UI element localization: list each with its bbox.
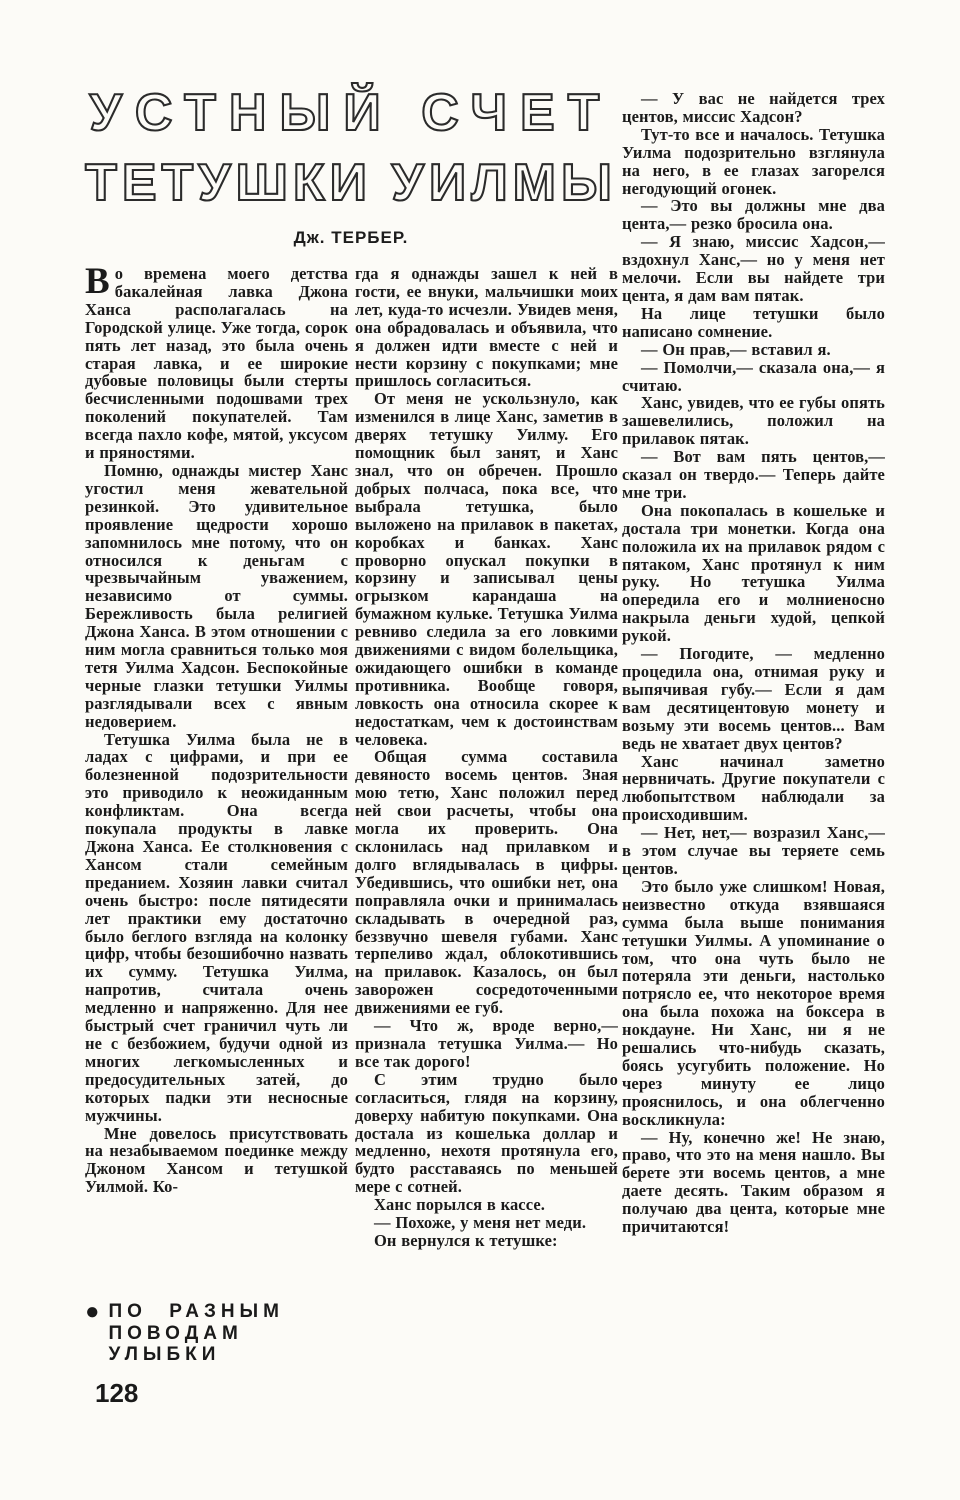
paragraph: — Он прав,— вставил я.	[622, 341, 885, 359]
rubric-line: ПО РАЗНЫМ	[109, 1301, 285, 1323]
rubric-line: УЛЫБКИ	[109, 1344, 285, 1366]
paragraph: Ханс, увидев, что ее губы опять зашевели…	[622, 394, 885, 448]
paragraph: Помню, однажды мистер Ханс угостил меня …	[85, 462, 348, 731]
paragraph: На лице тетушки было написано сомнение.	[622, 305, 885, 341]
paragraph: — Нет, нет,— возразил Ханс,— в этом случ…	[622, 824, 885, 878]
text-column-1: Во времена моего детства бакалейная лавк…	[85, 265, 348, 1196]
bullet-icon: ●	[85, 1301, 100, 1323]
paragraph: Мне довелось присутствовать на незабывае…	[85, 1125, 348, 1197]
paragraph: — У вас не найдется трех центов, миссис …	[622, 90, 885, 126]
paragraph: — Ну, конечно же! Не знаю, право, что эт…	[622, 1129, 885, 1236]
paragraph: Тетушка Уилма была не в ладах с цифрами,…	[85, 731, 348, 1125]
paragraph: Тут-то все и началось. Тетушка Уилма под…	[622, 126, 885, 198]
magazine-page: УСТНЫЙ СЧЕТ ТЕТУШКИ УИЛМЫ Дж. ТЕРБЕР. Во…	[0, 0, 960, 1500]
paragraph: — Вот вам пять центов,— сказал он твердо…	[622, 448, 885, 502]
paragraph: — Это вы должны мне два цента,— резко бр…	[622, 197, 885, 233]
paragraph: Она покопалась в кошельке и достала три …	[622, 502, 885, 645]
paragraph: гда я однажды зашел к ней в гости, ее вн…	[355, 265, 618, 390]
paragraph: — Что ж, вроде верно,— признала тетушка …	[355, 1017, 618, 1071]
paragraph: Это было уже слишком! Новая, неизвестно …	[622, 878, 885, 1129]
paragraph: С этим трудно было согласиться, глядя на…	[355, 1071, 618, 1196]
article-title-line-2: ТЕТУШКИ УИЛМЫ	[85, 148, 617, 218]
paragraph: — Похоже, у меня нет меди.	[355, 1214, 618, 1232]
paragraph: — Помолчи,— сказала она,— я считаю.	[622, 359, 885, 395]
paragraph: Во времена моего детства бакалейная лавк…	[85, 265, 348, 462]
article-title-line-1: УСТНЫЙ СЧЕТ	[85, 78, 617, 148]
rubric-announcement: ● ПО РАЗНЫМ ПОВОДАМ УЛЫБКИ	[85, 1301, 284, 1366]
paragraph: — Я знаю, миссис Хадсон,— вздохнул Ханс,…	[622, 233, 885, 305]
paragraph: Ханс порылся в кассе.	[355, 1196, 618, 1214]
rubric-lines: ПО РАЗНЫМ ПОВОДАМ УЛЫБКИ	[109, 1301, 285, 1366]
article-author: Дж. ТЕРБЕР.	[85, 228, 617, 248]
rubric-line: ПОВОДАМ	[109, 1323, 285, 1345]
drop-cap: В	[85, 265, 115, 299]
text-column-2: гда я однажды зашел к ней в гости, ее вн…	[355, 265, 618, 1250]
article-title: УСТНЫЙ СЧЕТ ТЕТУШКИ УИЛМЫ	[85, 78, 617, 218]
paragraph: Он вернулся к тетушке:	[355, 1232, 618, 1250]
paragraph: Общая сумма составила девяносто восемь ц…	[355, 748, 618, 1017]
article-header: УСТНЫЙ СЧЕТ ТЕТУШКИ УИЛМЫ Дж. ТЕРБЕР.	[85, 78, 617, 248]
paragraph: От меня не ускользнуло, как изменился в …	[355, 390, 618, 748]
page-number: 128	[95, 1378, 138, 1409]
paragraph: Ханс начинал заметно нервничать. Другие …	[622, 753, 885, 825]
text-column-3: — У вас не найдется трех центов, миссис …	[622, 90, 885, 1236]
paragraph: — Погодите, — медленно процедила она, от…	[622, 645, 885, 752]
paragraph-text: о времена моего детства бакалейная лавка…	[85, 264, 348, 462]
